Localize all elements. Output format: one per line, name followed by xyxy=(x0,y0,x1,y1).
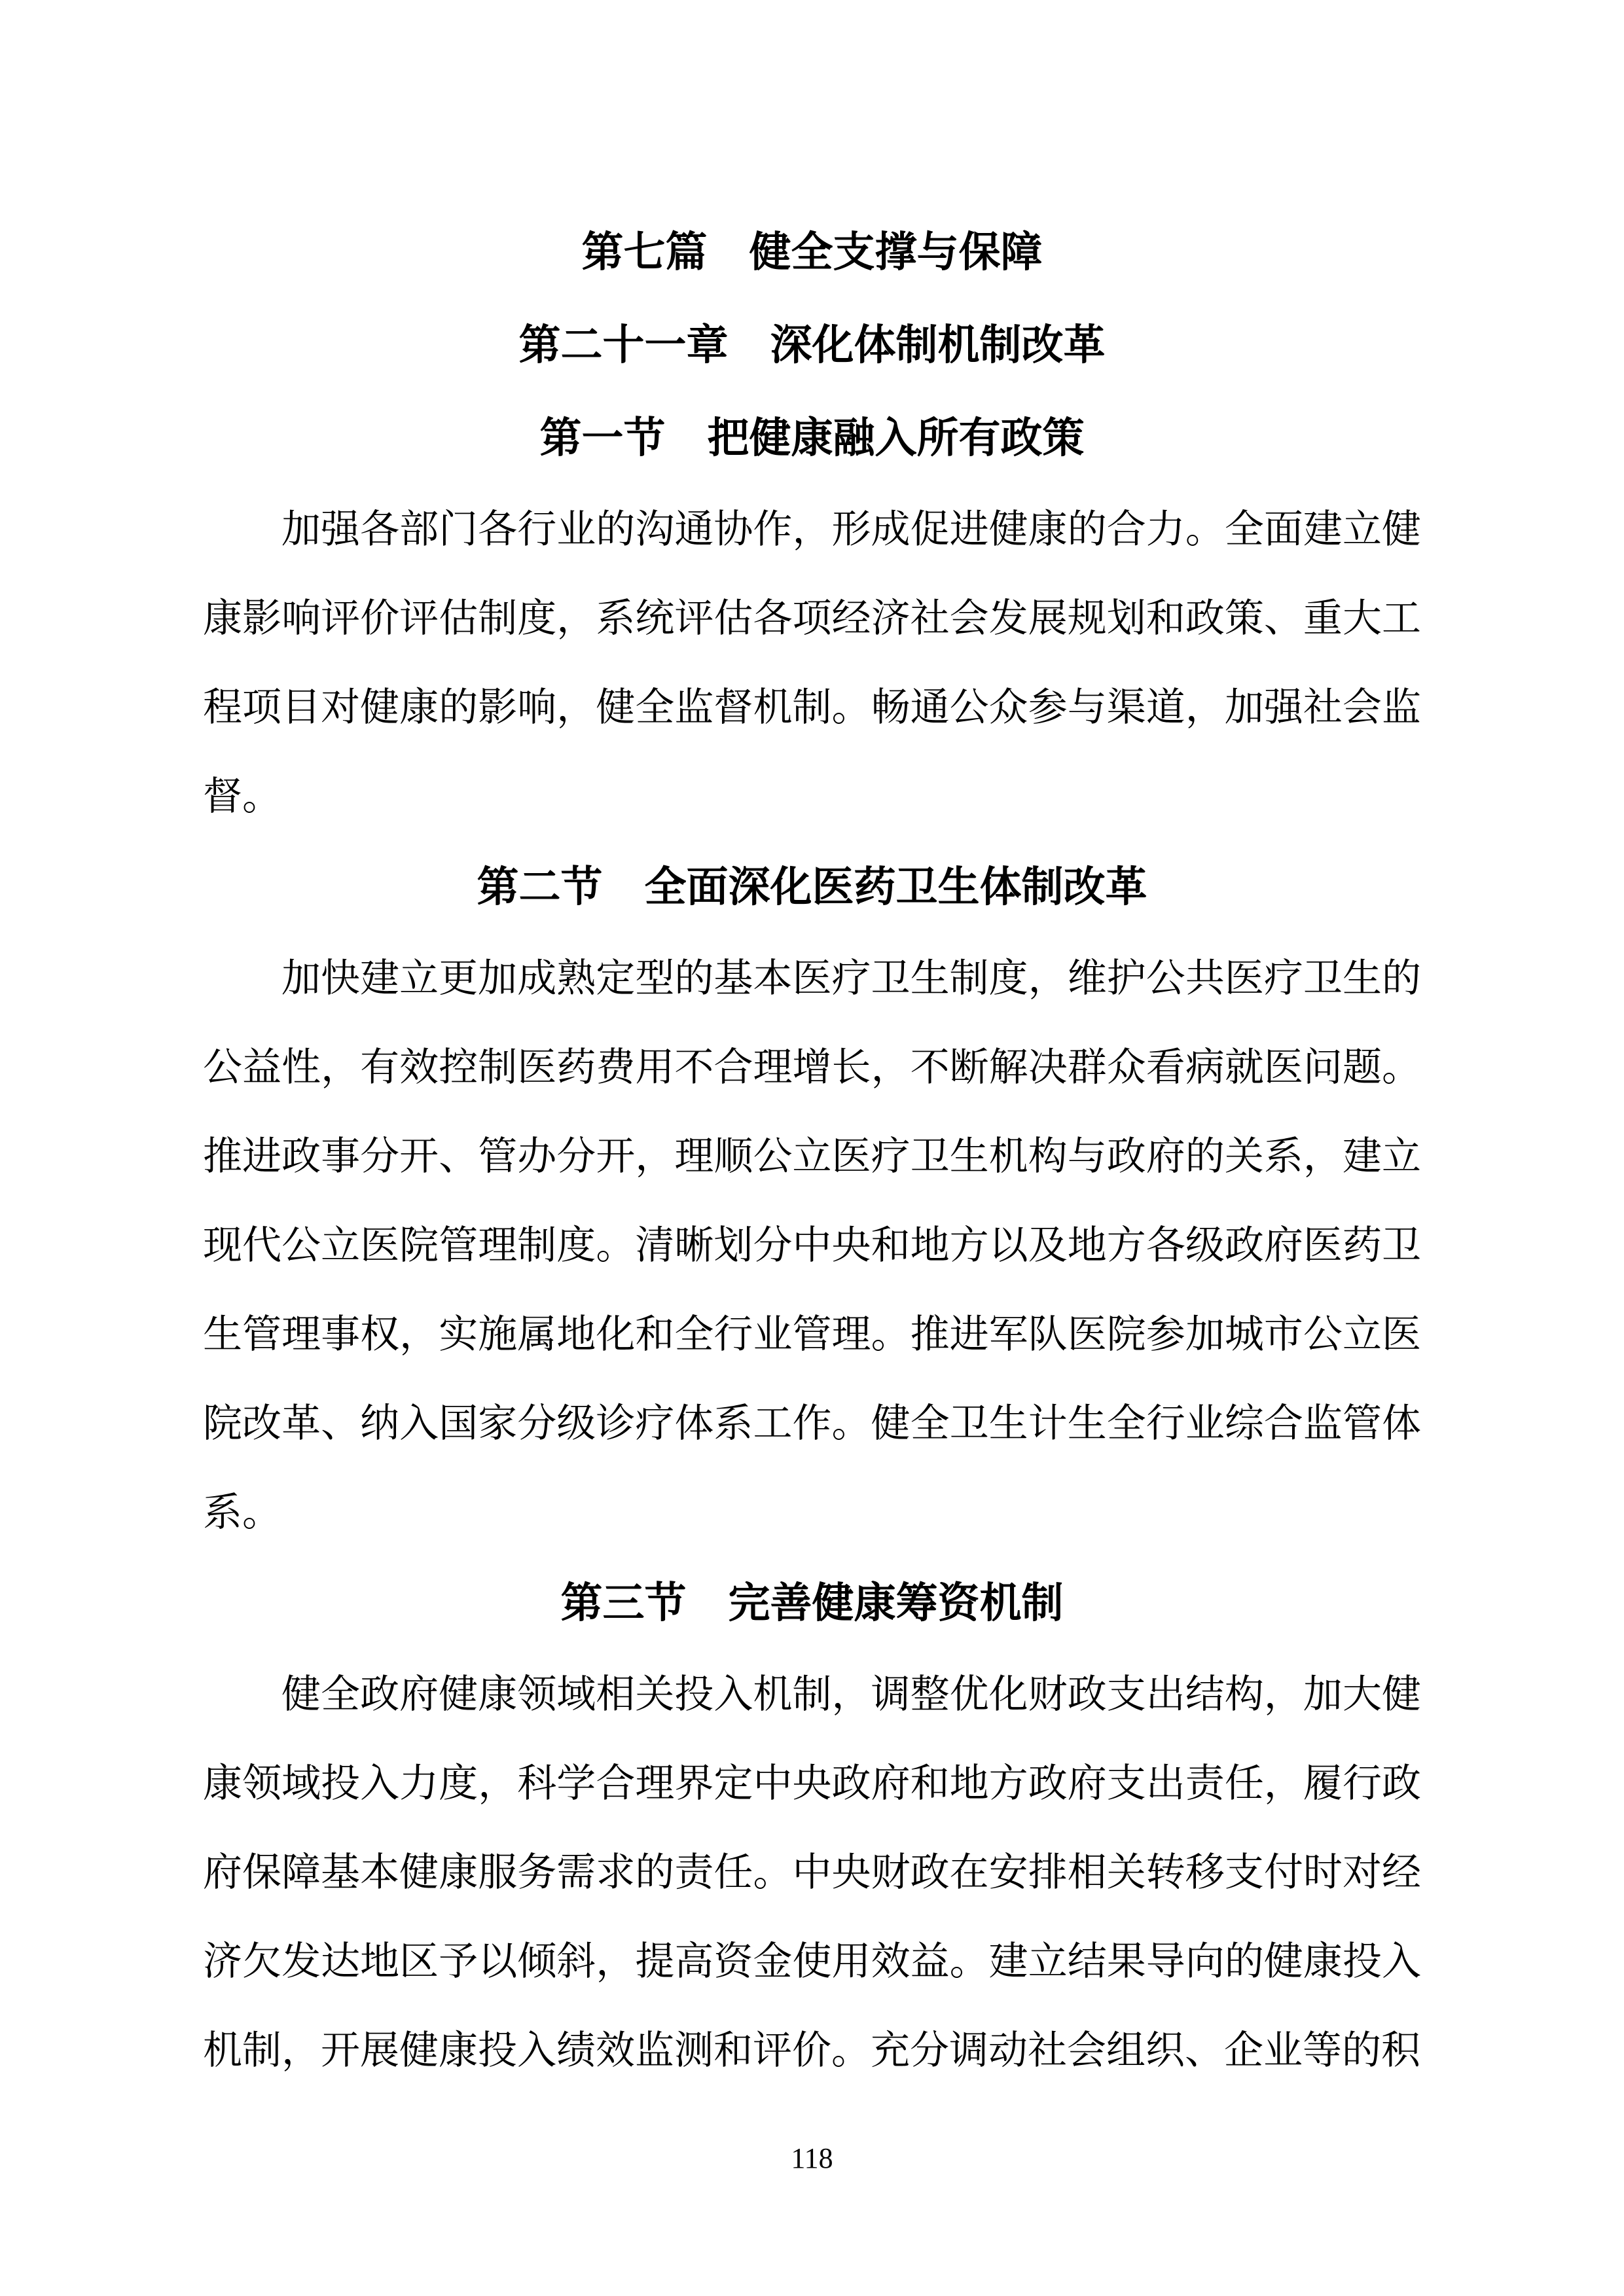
section-3-paragraph: 健全政府健康领域相关投入机制，调整优化财政支出结构，加大健康领域投入力度，科学合… xyxy=(203,1650,1421,2095)
section-2-heading: 第二节 全面深化医药卫生体制改革 xyxy=(203,841,1421,934)
part-heading: 第七篇 健全支撑与保障 xyxy=(203,206,1421,299)
chapter-heading: 第二十一章 深化体制机制改革 xyxy=(203,299,1421,392)
section-2-paragraph: 加快建立更加成熟定型的基本医疗卫生制度，维护公共医疗卫生的公益性，有效控制医药费… xyxy=(203,934,1421,1557)
section-3-heading: 第三节 完善健康筹资机制 xyxy=(203,1557,1421,1650)
section-1-heading: 第一节 把健康融入所有政策 xyxy=(203,392,1421,485)
document-page: 第七篇 健全支撑与保障 第二十一章 深化体制机制改革 第一节 把健康融入所有政策… xyxy=(0,0,1624,2296)
document-body: 第七篇 健全支撑与保障 第二十一章 深化体制机制改革 第一节 把健康融入所有政策… xyxy=(203,206,1421,2095)
page-number: 118 xyxy=(0,2139,1624,2178)
section-1-paragraph: 加强各部门各行业的沟通协作，形成促进健康的合力。全面建立健康影响评价评估制度，系… xyxy=(203,485,1421,841)
